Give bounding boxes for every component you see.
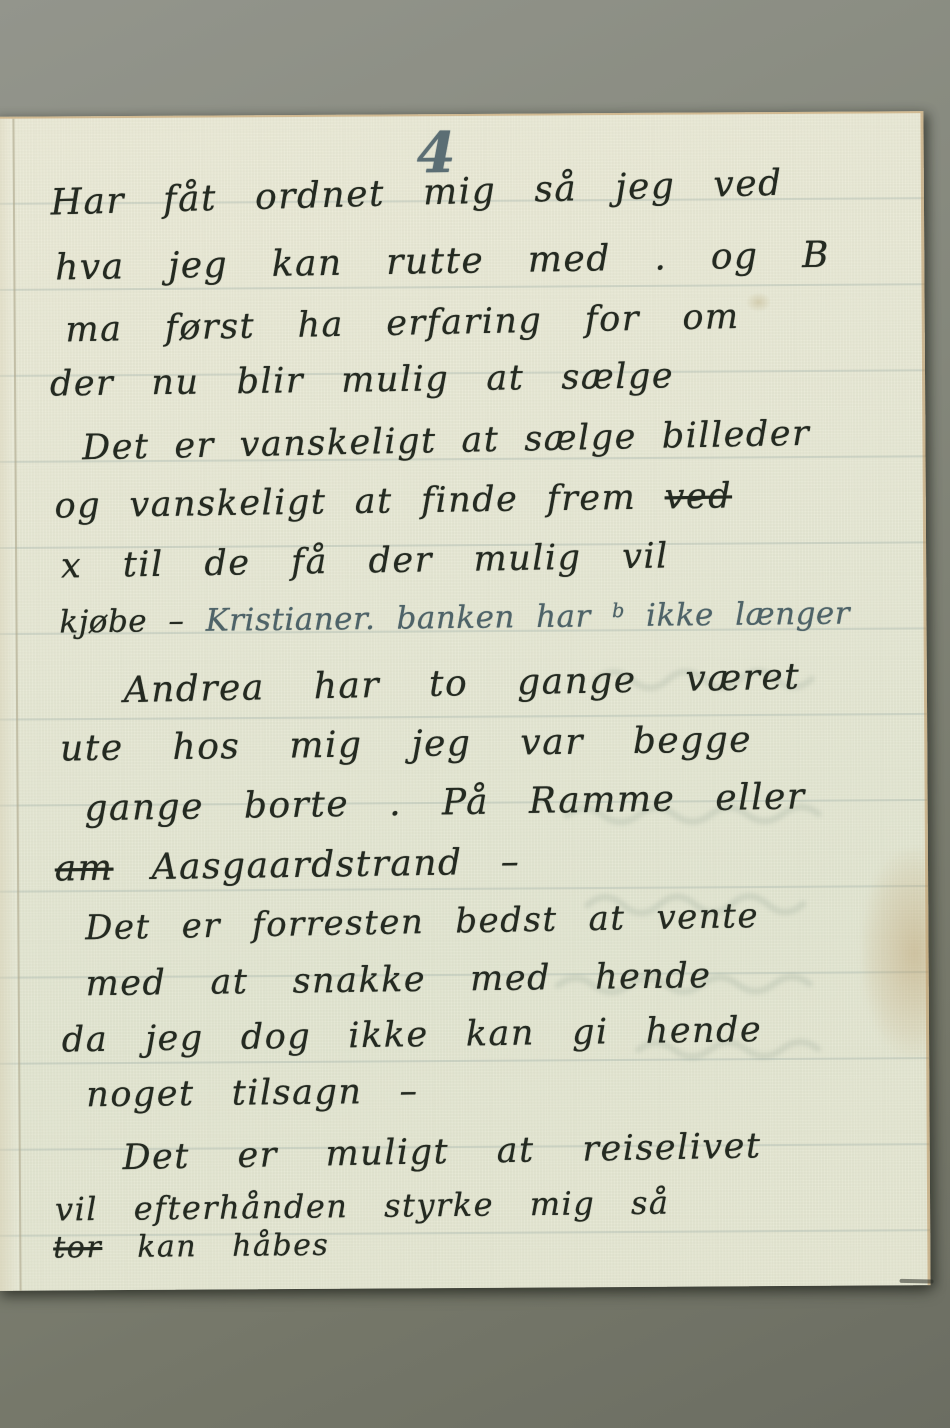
handwritten-line: med at snakke med hende	[85, 956, 711, 1004]
handwritten-segment: ved	[664, 476, 732, 517]
handwritten-segment: kjøbe –	[59, 603, 206, 641]
handwritten-line: vil efterhånden styrke mig så	[55, 1184, 670, 1229]
handwritten-segment: vil efterhånden styrke mig så	[55, 1184, 670, 1229]
handwritten-line: der nu blir mulig at sælge	[50, 356, 675, 404]
letter-page: 4 Har fåt ordnet mig så jeg vedhva jeg k…	[0, 111, 931, 1291]
photo-background: 4 Har fåt ordnet mig så jeg vedhva jeg k…	[0, 0, 950, 1428]
handwritten-segment: b	[612, 599, 625, 622]
handwritten-segment: Kristianer. banken har	[205, 598, 612, 639]
handwritten-line: noget tilsagn –	[86, 1072, 419, 1116]
handwritten-segment: noget tilsagn –	[86, 1072, 419, 1116]
handwritten-line: tor kan håbes	[53, 1228, 329, 1266]
handwritten-segment: tor	[53, 1230, 102, 1265]
handwritten-segment: am	[55, 848, 114, 890]
handwritten-segment: der nu blir mulig at sælge	[50, 356, 675, 404]
handwritten-segment: ikke længer	[625, 595, 851, 634]
handwritten-segment: kan håbes	[102, 1228, 329, 1265]
handwritten-segment: Aasgaardstrand –	[113, 842, 520, 889]
handwritten-line: am Aasgaardstrand –	[55, 842, 521, 890]
handwritten-segment: med at snakke med hende	[85, 956, 711, 1004]
